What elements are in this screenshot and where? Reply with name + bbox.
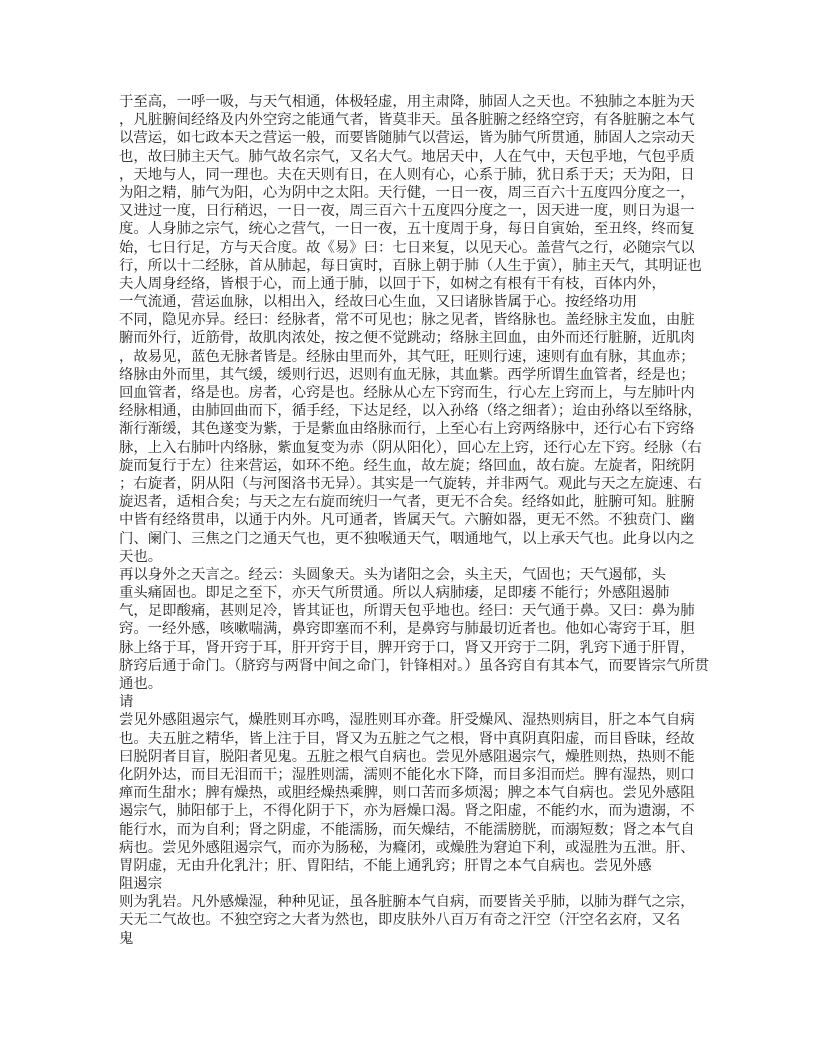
text-line: 病也。尝见外感阻遏宗气，而亦为肠秘，为癃闭，或燥胜为窘迫下利，或湿胜为五泄。肝、 xyxy=(119,839,709,857)
text-line: 尝见外感阻遏宗气，燥胜则耳亦鸣，湿胜则耳亦聋。肝受燥风、湿热则病目，肝之本气自病 xyxy=(119,711,709,729)
text-line: 重头痛固也。即足之至下，亦天气所贯通。所以人病肺痿，足即痿 不能行；外感阻遏肺 xyxy=(119,584,709,602)
text-line: 腑而外行，近筋骨，故肌肉浓处，按之便不觉跳动；络脉主回血，由外而还行脏腑，近肌肉 xyxy=(119,329,709,347)
text-line: 又进过一度，日行稍迟，一日一夜，周三百六十五度四分度之一，因天进一度，则日为退一 xyxy=(119,202,709,220)
text-line: 再以身外之天言之。经云：头圆象天。头为诸阳之会，头主天，气固也；天气遏郁，头 xyxy=(119,566,709,584)
text-body: 于至高，一呼一吸，与天气相通，体极轻虚，用主肃降，肺固人之天也。不独肺之本脏为天… xyxy=(119,93,709,948)
text-line: 夫人周身经络，皆根于心，而上通于肺，以回于下，如树之有根有干有枝，百体内外， xyxy=(119,275,709,293)
text-line: 请 xyxy=(119,693,709,711)
text-line: 遏宗气，肺阳郁于上，不得化阴于下，亦为唇燥口渴。肾之阳虚，不能约水，而为遗溺，不 xyxy=(119,802,709,820)
text-line: ，故易见，蓝色无脉者皆是。经脉由里而外，其气旺，旺则行速，速则有血有脉，其血赤； xyxy=(119,348,709,366)
text-line: 回血管者，络是也。房者，心窍是也。经脉从心左下窍而生，行心左上窍而上，与左肺叶内 xyxy=(119,384,709,402)
text-line: 旋迟者，适相合矣；与天之左右旋而统归一气者，更无不合矣。经络如此，脏腑可知。脏腑 xyxy=(119,493,709,511)
text-line: 始，七日行足，方与天合度。故《易》曰：七日来复，以见天心。盖营气之行，必随宗气以 xyxy=(119,239,709,257)
text-line: 渐行渐缓，其色遂变为紫，于是紫血由络脉而行，上至心右上窍两络脉中，还行心右下窍络 xyxy=(119,420,709,438)
text-line: 一气流通，营运血脉，以相出入，经故曰心生血，又曰诸脉皆属于心。按经络功用 xyxy=(119,293,709,311)
text-line: 度。人身肺之宗气，统心之营气，一日一夜，五十度周于身，每日自寅始，至丑终，终而复 xyxy=(119,220,709,238)
text-line: 行，所以十二经脉，首从肺起，每日寅时，百脉上朝于肺（人生于寅），肺主天气，其明证… xyxy=(119,257,709,275)
text-line: 窍。一经外感，咳嗽喘满，鼻窍即塞而不利，是鼻窍与肺最切近者也。他如心寄窍于耳，胆 xyxy=(119,620,709,638)
text-line: 鬼 xyxy=(119,930,709,948)
document-page: 于至高，一呼一吸，与天气相通，体极轻虚，用主肃降，肺固人之天也。不独肺之本脏为天… xyxy=(0,0,816,1056)
text-line: 为阳之精，肺气为阳，心为阴中之太阳。天行健，一日一夜，周三百六十五度四分度之一， xyxy=(119,184,709,202)
text-line: 门、阑门、三焦之门之通天气也，更不独喉通天气，咽通地气，以上承天气也。此身以内之 xyxy=(119,530,709,548)
text-line: ，凡脏腑间经络及内外空窍之能通气者，皆莫非天。虽各脏腑之经络空窍，有各脏腑之本气 xyxy=(119,111,709,129)
text-line: 经脉相通，由肺回曲而下，循手经，下达足经，以入孙络（络之细者）；迨由孙络以至络脉… xyxy=(119,402,709,420)
text-line: 阻遏宗 xyxy=(119,875,709,893)
text-line: 通也。 xyxy=(119,675,709,693)
text-line: 于至高，一呼一吸，与天气相通，体极轻虚，用主肃降，肺固人之天也。不独肺之本脏为天 xyxy=(119,93,709,111)
text-line: 天也。 xyxy=(119,548,709,566)
text-line: 化阴外达，而目无泪而干；湿胜则濡，濡则不能化水下降，而目多泪而烂。脾有湿热，则口 xyxy=(119,766,709,784)
text-line: 旋而复行于左）往来营运，如环不绝。经生血，故左旋；络回血，故右旋。左旋者，阳统阴 xyxy=(119,457,709,475)
text-line: 络脉由外而里，其气缓，缓则行迟，迟则有血无脉，其血紫。西学所谓生血管者，经是也； xyxy=(119,366,709,384)
text-line: 天无二气故也。不独空窍之大者为然也，即皮肤外八百万有奇之汗空（汗空名玄府，又名 xyxy=(119,911,709,929)
text-line: 气，足即酸痛，甚则足冷，皆其证也，所谓天包乎地也。经曰：天气通于鼻。又曰：鼻为肺 xyxy=(119,602,709,620)
text-line: 也。夫五脏之精华，皆上注于目，肾又为五脏之气之根，肾中真阴真阳虚，而目昏昧，经故 xyxy=(119,730,709,748)
text-line: 则为乳岩。凡外感燥湿，种种见证，虽各脏腑本气自病，而要皆关乎肺，以肺为群气之宗， xyxy=(119,893,709,911)
text-line: 脉上络于耳，肾开窍于耳，肝开窍于目，脾开窍于口，肾又开窍于二阴，乳窍下通于肝胃， xyxy=(119,639,709,657)
text-line: 以营运，如七政本天之营运一般，而要皆随肺气以营运，皆为肺气所贯通，肺固人之宗动天 xyxy=(119,129,709,147)
text-line: 脐窍后通于命门。（脐窍与两肾中间之命门，针锋相对。）虽各窍自有其本气，而要皆宗气… xyxy=(119,657,709,675)
text-line: ；右旋者，阴从阳（与河图洛书无异）。其实是一气旋转，并非两气。观此与天之左旋速、… xyxy=(119,475,709,493)
text-line: ，天地与人，同一理也。夫在天则有日，在人则有心，心系于肺，犹日系于天；天为阳，日 xyxy=(119,166,709,184)
text-line: 瘅而生甜水；脾有燥热，或胆经燥热乘脾，则口苦而多烦渴；脾之本气自病也。尝见外感阻 xyxy=(119,784,709,802)
text-line: 中皆有经络贯串，以通于内外。凡可通者，皆属天气。六腑如器，更无不然。不独贲门、幽 xyxy=(119,511,709,529)
text-line: 胃阴虚，无由升化乳汁；肝、胃阳结，不能上通乳窍；肝胃之本气自病也。尝见外感 xyxy=(119,857,709,875)
text-line: 也，故曰肺主天气。肺气故名宗气，又名大气。地居天中，人在气中，天包乎地，气包乎质 xyxy=(119,148,709,166)
text-line: 曰脱阴者目盲，脱阳者见鬼。五脏之根气自病也。尝见外感阻遏宗气，燥胜则热，热则不能 xyxy=(119,748,709,766)
text-line: 能行水，而为自利；肾之阴虚，不能濡肠，而矢燥结，不能濡膀胱，而溺短数；肾之本气自 xyxy=(119,821,709,839)
text-line: 不同，隐见亦异。经曰：经脉者，常不可见也；脉之见者，皆络脉也。盖经脉主发血，由脏 xyxy=(119,311,709,329)
text-line: 脉，上入右肺叶内络脉，紫血复变为赤（阴从阳化），回心左上窍，还行心左下窍。经脉（… xyxy=(119,439,709,457)
